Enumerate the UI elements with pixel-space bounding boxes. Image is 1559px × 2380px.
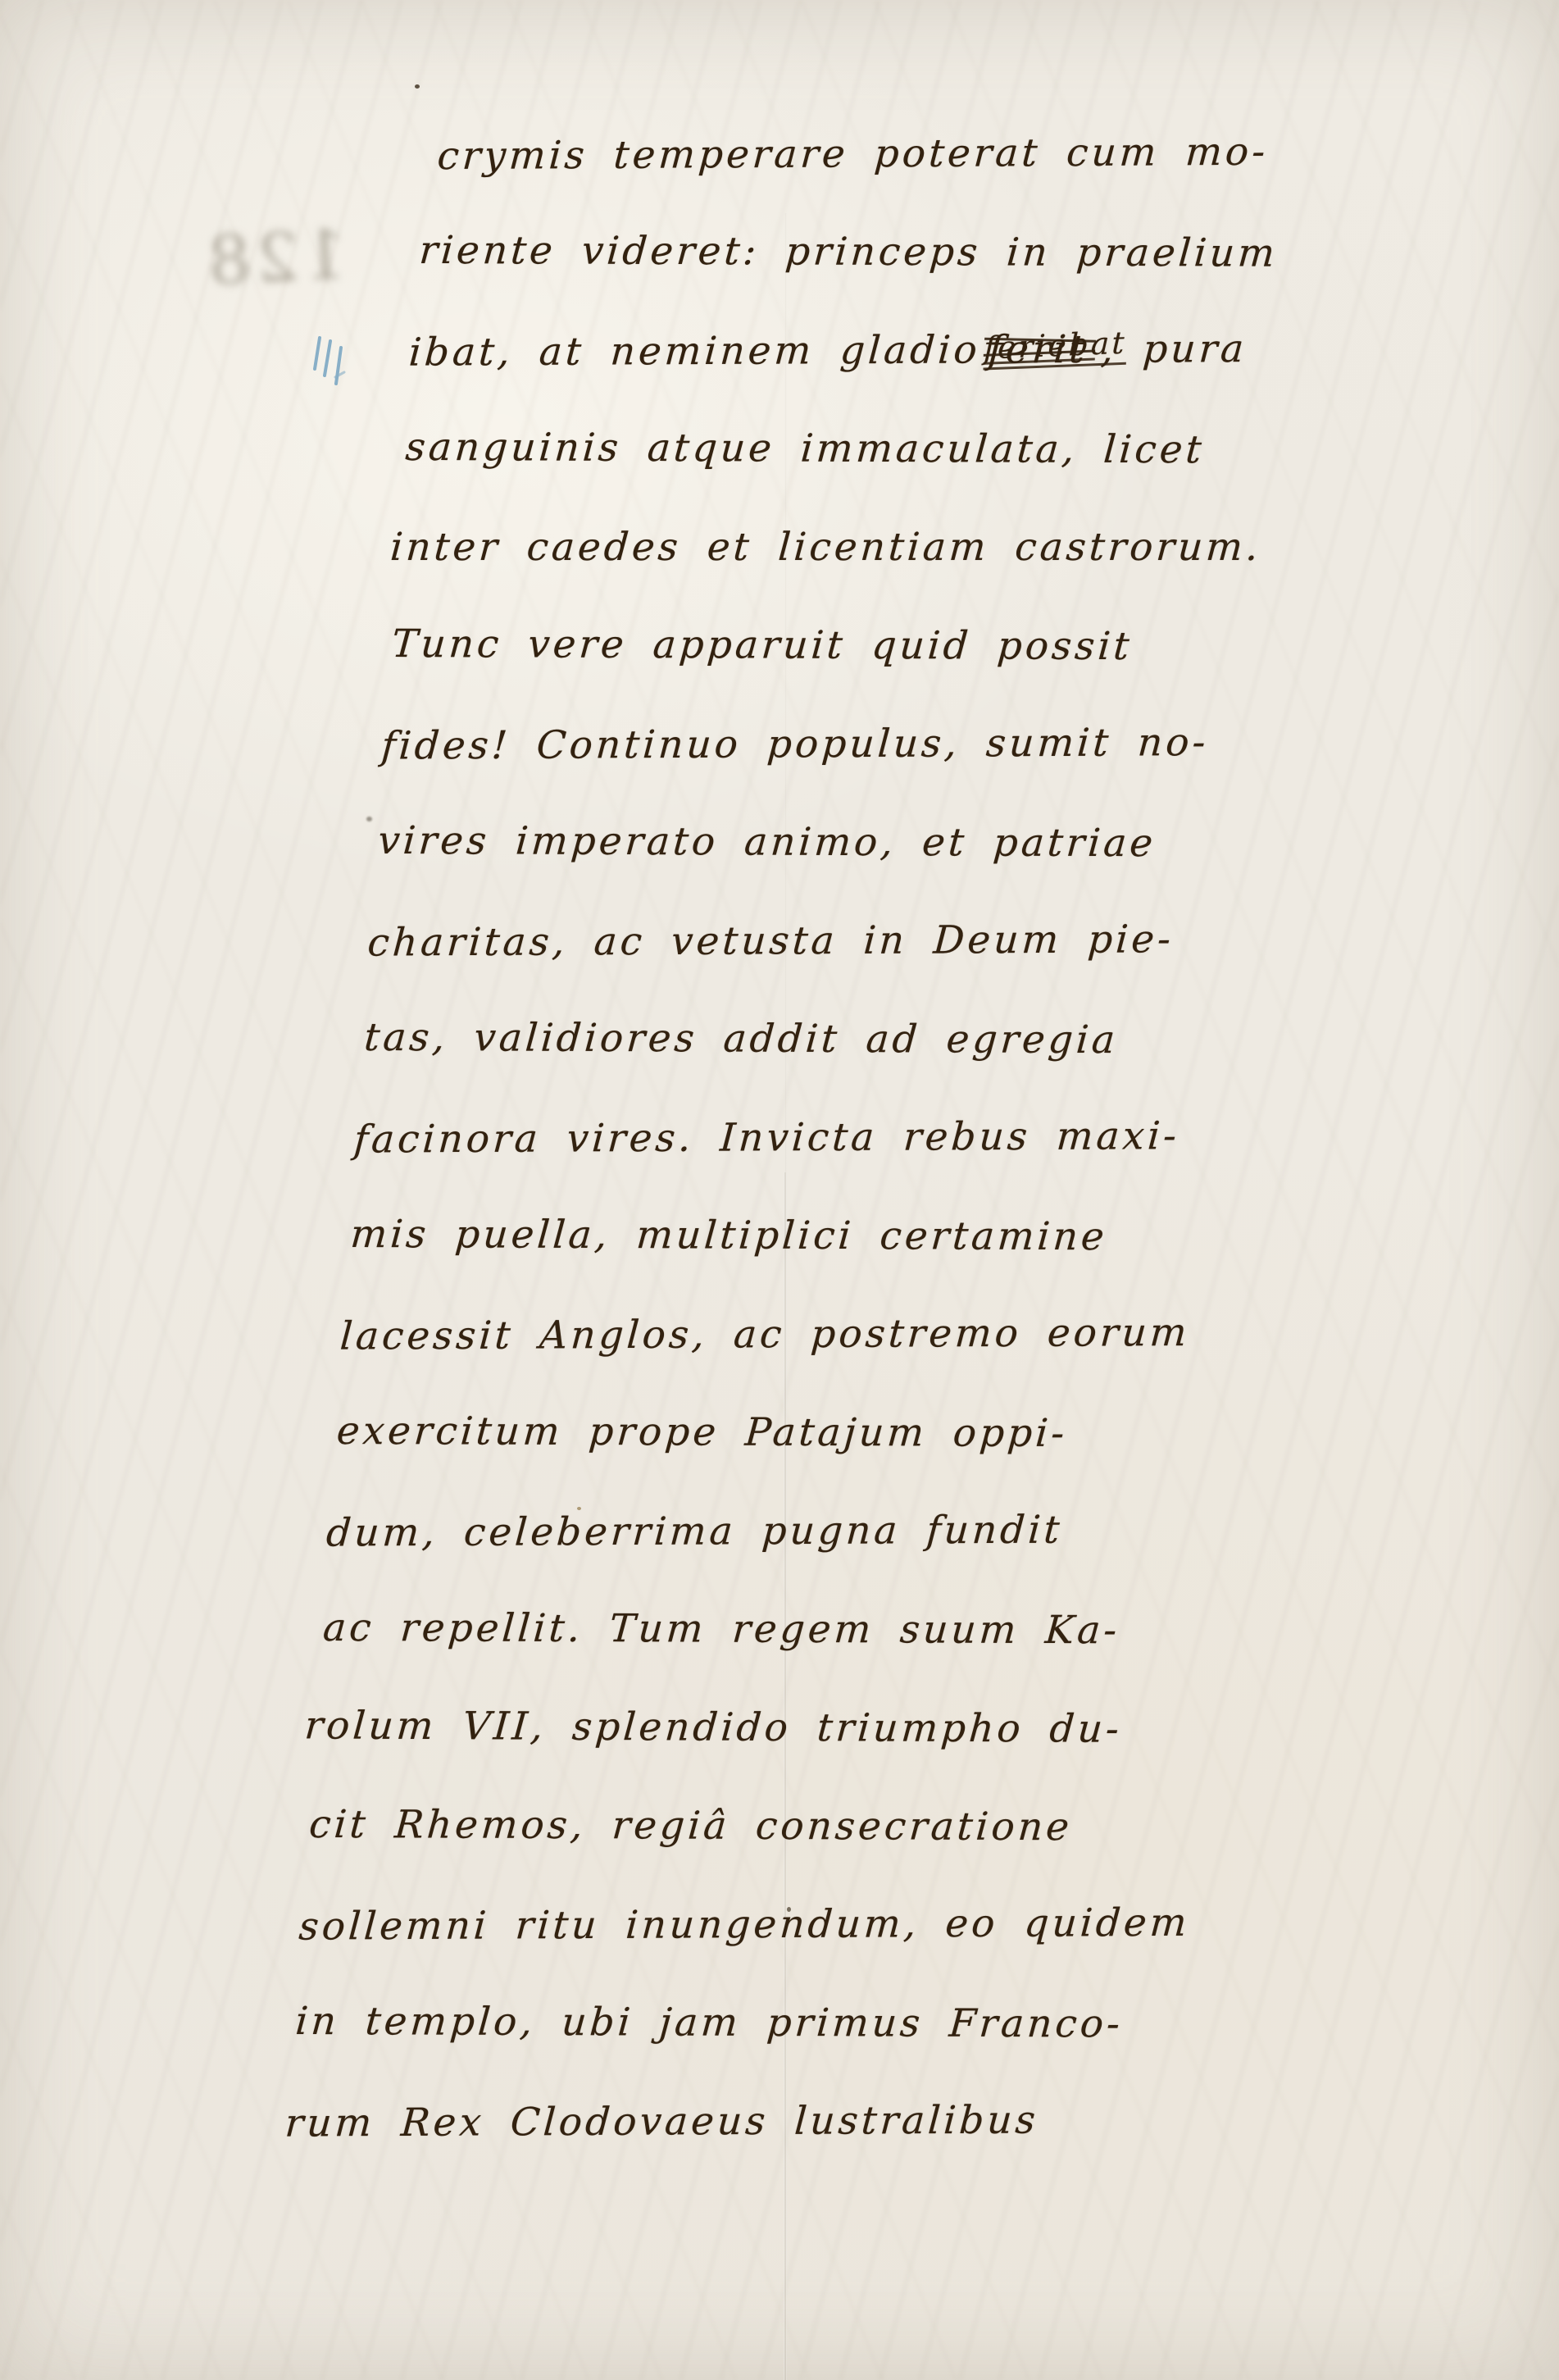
manuscript-line: sollemni ritu inungendum, eo quidem [296,1873,1270,1976]
manuscript-line: crymis temperare poterat cum mo- [434,102,1408,206]
manuscript-line: cit Rhemos, regiâ consecratione [306,1776,1280,1877]
ink-speck [366,817,372,821]
manuscript-line: sanguinis atque immaculata, licet [402,398,1376,500]
blue-pencil-mark [308,326,361,395]
manuscript-line: facinora vires. Invicta rebus maxi- [351,1086,1325,1189]
manuscript-text-block: crymis temperare poterat cum mo- riente … [282,105,1393,2171]
scribal-correction: feriebatferit [985,301,1092,400]
manuscript-line: ac repellit. Tum regem suum Ka- [320,1579,1294,1681]
manuscript-line: mis puella, multiplici certamine [347,1185,1321,1287]
manuscript-line: riente videret: princeps in praelium [416,202,1390,303]
manuscript-line: rolum VII, splendido triumpho du- [301,1677,1275,1779]
manuscript-page: 128 crymis temperare poterat cum mo- rie… [0,0,1559,2380]
manuscript-line: tas, validiores addit ad egregia [361,989,1335,1090]
manuscript-line: rum Rex Clodovaeus lustralibus [282,2070,1256,2173]
manuscript-line: lacessit Anglos, ac postremo eorum [337,1283,1311,1386]
line-text-before-correction: ibat, at neminem gladio [407,328,981,375]
ink-speck [415,84,420,89]
manuscript-line: vires imperato animo, et patriae [375,792,1349,894]
manuscript-line: charitas, ac vetusta in Deum pie- [365,890,1339,992]
manuscript-line: Tunc vere apparuit quid possit [389,595,1363,697]
struck-out-word: ferit [985,301,1092,400]
manuscript-line: exercitum prope Patajum oppi- [334,1382,1308,1484]
manuscript-line: in templo, ubi jam primus Franco- [292,1973,1266,2074]
manuscript-line: fides! Continuo populus, sumit no- [378,693,1352,795]
manuscript-line: dum, celeberrima pugna fundit [323,1480,1297,1582]
manuscript-line: inter caedes et licentiam castrorum. [387,498,1361,597]
verso-page-number-show-through: 128 [202,216,348,301]
manuscript-line-with-correction: ibat, at neminem gladioferiebatferit, pu… [406,299,1379,402]
